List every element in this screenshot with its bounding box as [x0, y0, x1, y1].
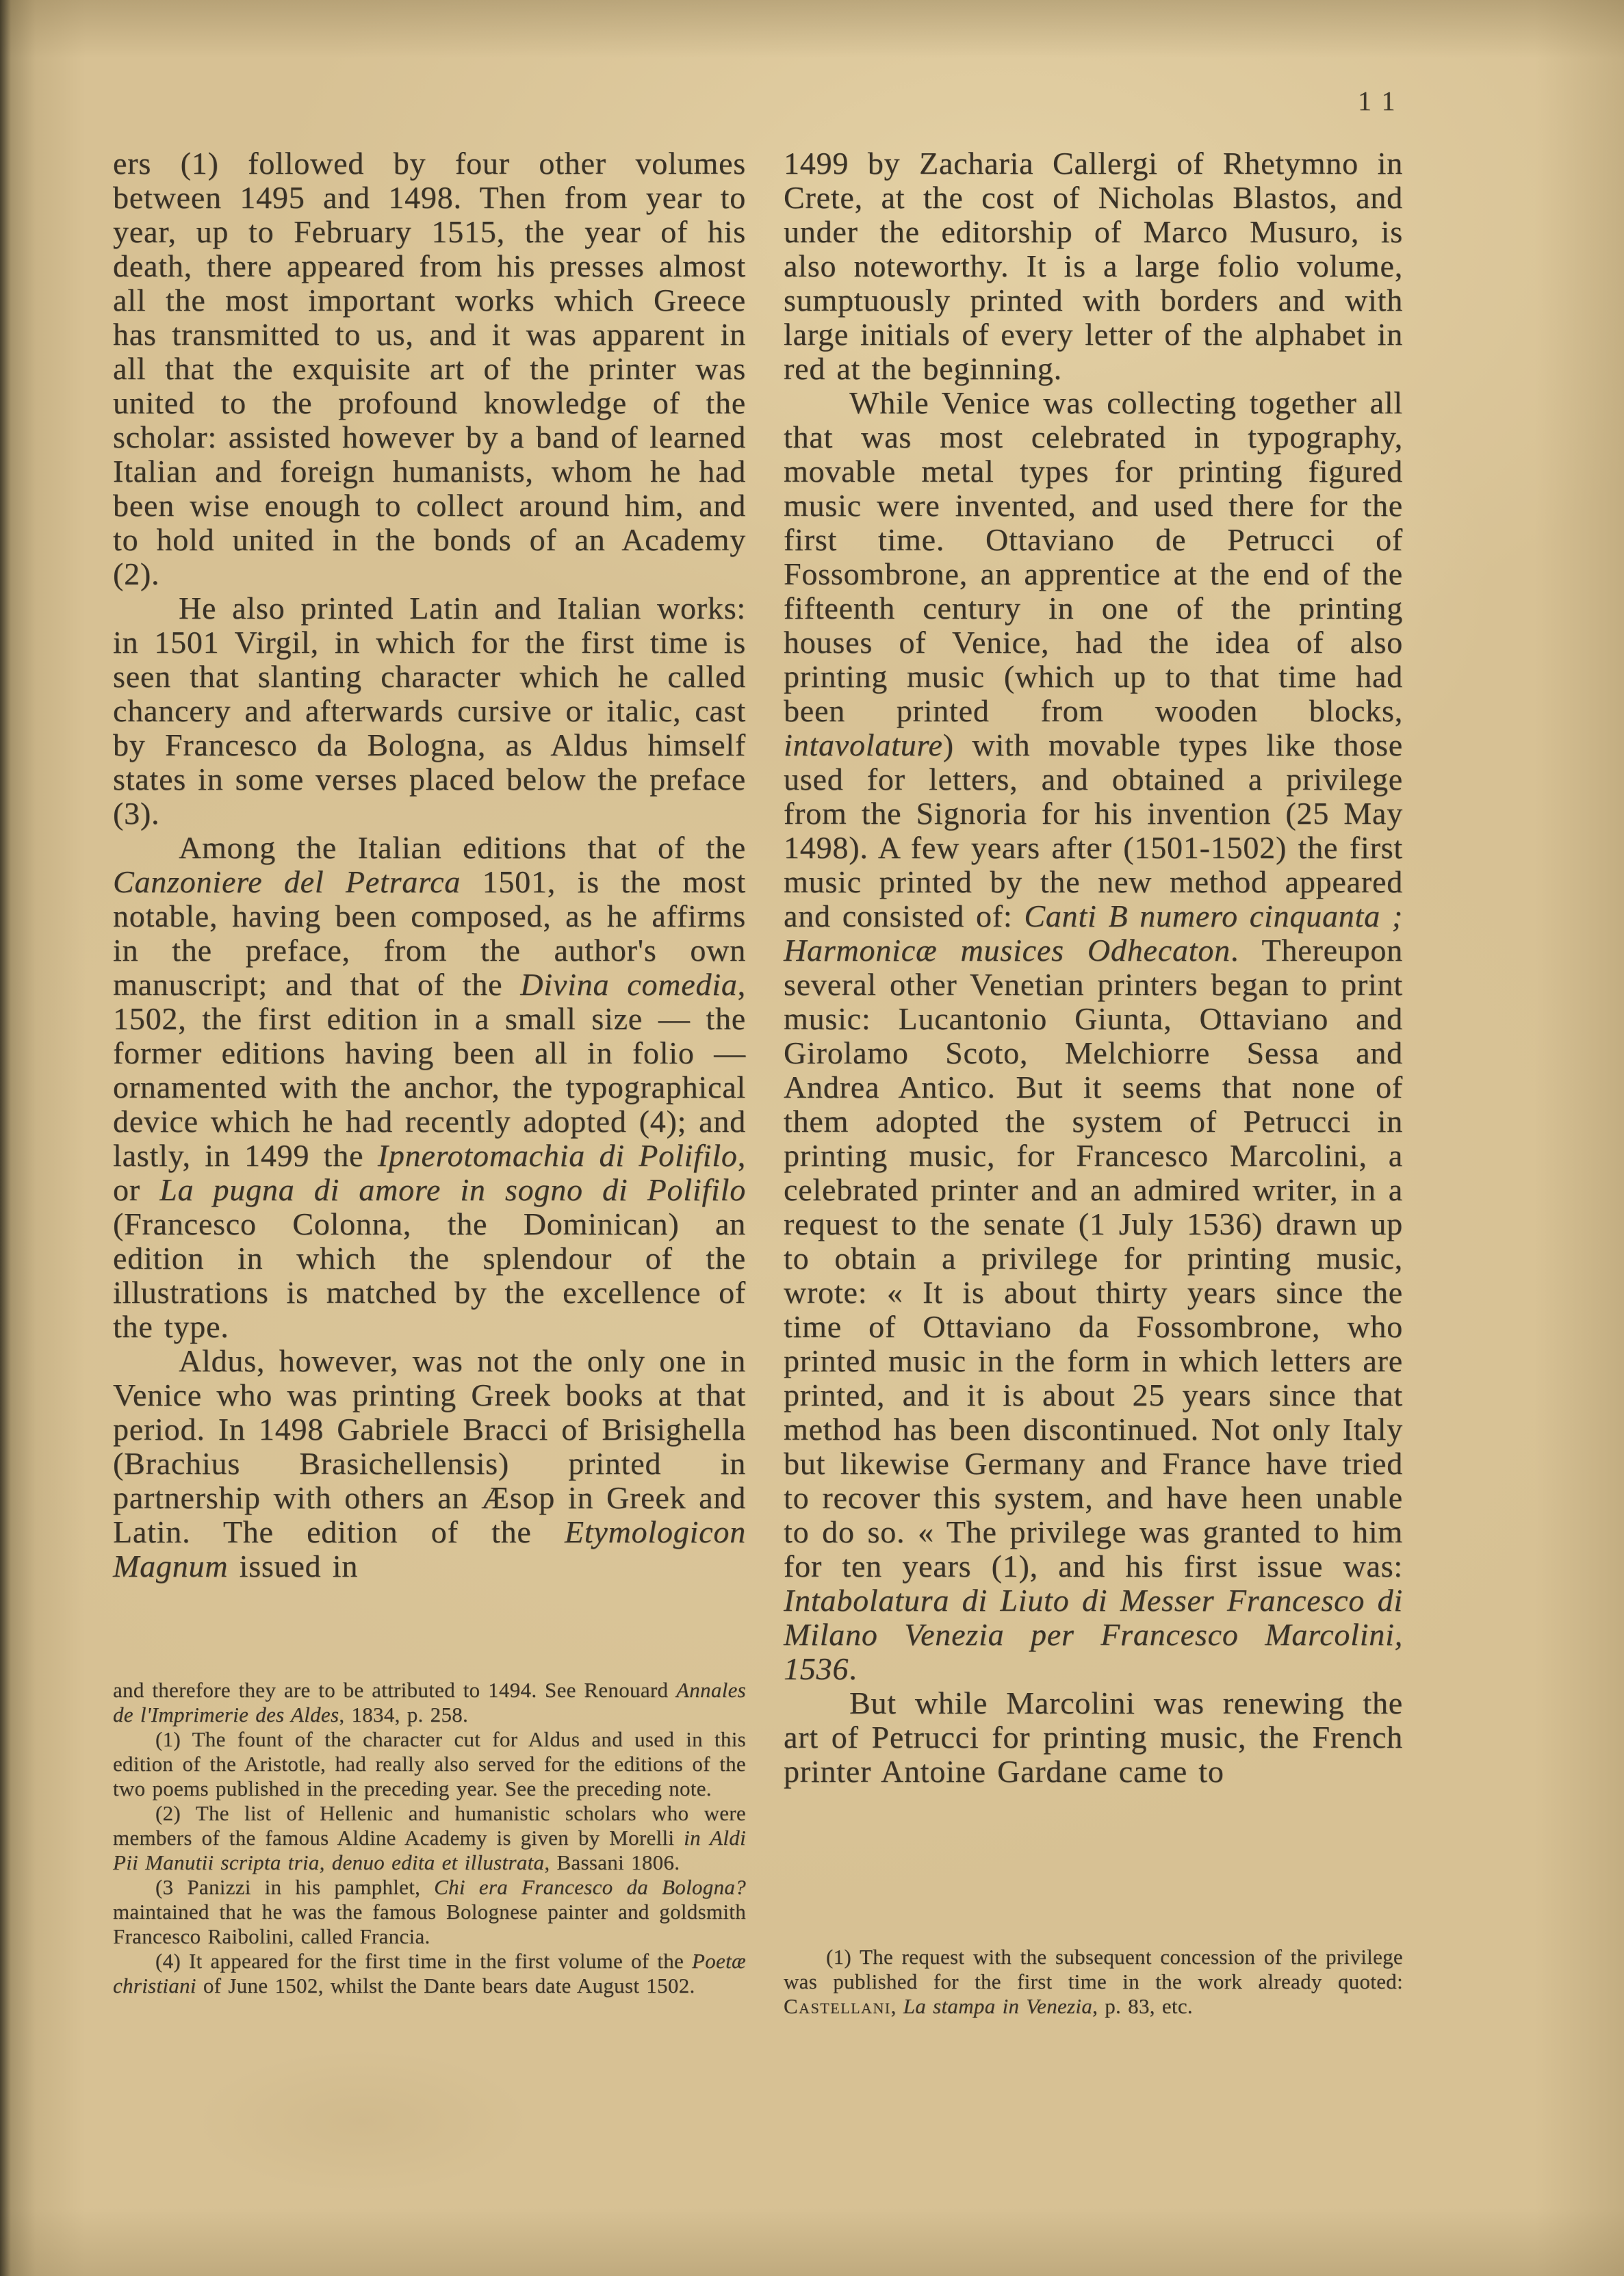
- footnote: (4) It appeared for the first time in th…: [113, 1949, 746, 1998]
- text-segment: ,: [891, 1994, 903, 2018]
- text-segment: , 1834, p. 258.: [339, 1703, 468, 1727]
- book-page: 11 ers (1) followed by four other volume…: [0, 0, 1624, 2276]
- footnote: and therefore they are to be attributed …: [113, 1678, 746, 1727]
- text-segment: While Venice was collecting together all…: [784, 385, 1403, 728]
- text-segment: He also printed Latin and Italian works:…: [113, 591, 746, 831]
- text-segment: of June 1502, whilst the Dante bears dat…: [196, 1974, 695, 1997]
- text-segment: La pugna di amore in sogno di Polifilo: [159, 1172, 746, 1207]
- text-segment: (2) The list of Hellenic and humanistic …: [113, 1801, 746, 1850]
- text-segment: intavolature: [784, 727, 943, 762]
- text-segment: maintained that he was the famous Bologn…: [113, 1900, 746, 1948]
- paragraph: He also printed Latin and Italian works:…: [113, 591, 746, 831]
- right-column: 1499 by Zacharia Callergi of Rhetymno in…: [784, 146, 1403, 1789]
- footnote: (1) The fount of the character cut for A…: [113, 1727, 746, 1801]
- text-segment: La stampa in Venezia: [903, 1994, 1092, 2018]
- left-column: ers (1) followed by four other volumes b…: [113, 146, 746, 1583]
- text-segment: Among the Italian editions that of the: [179, 830, 746, 865]
- text-segment: . Thereupon several other Venetian print…: [784, 933, 1403, 1583]
- paragraph: While Venice was collecting together all…: [784, 386, 1403, 1686]
- text-segment: , p. 83, etc.: [1092, 1994, 1193, 2018]
- text-segment: Intabolatura di Liuto di Messer Francesc…: [784, 1583, 1403, 1686]
- text-segment: 1499 by Zacharia Callergi of Rhetymno in…: [784, 146, 1403, 386]
- text-segment: Canzoniere del Petrarca: [113, 864, 461, 899]
- paragraph: ers (1) followed by four other volumes b…: [113, 146, 746, 591]
- text-segment: (4) It appeared for the first time in th…: [155, 1949, 692, 1973]
- text-segment: Ipnerotomachia di Polifilo: [378, 1138, 738, 1173]
- text-segment: Chi era Francesco da Bologna?: [434, 1875, 746, 1899]
- right-footnotes: (1) The request with the subsequent conc…: [784, 1945, 1403, 2019]
- text-segment: (3 Panizzi in his pamphlet,: [155, 1875, 434, 1899]
- text-segment: and therefore they are to be attributed …: [113, 1678, 676, 1702]
- text-segment: (Francesco Colonna, the Dominican) an ed…: [113, 1206, 746, 1344]
- paragraph: But while Marcolini was renewing the art…: [784, 1686, 1403, 1789]
- text-segment: , Bassani 1806.: [544, 1850, 680, 1874]
- footnote: (2) The list of Hellenic and humanistic …: [113, 1801, 746, 1875]
- text-segment: (1) The request with the subsequent conc…: [784, 1945, 1403, 1993]
- page-number: 11: [1358, 85, 1406, 117]
- text-segment: But while Marcolini was renewing the art…: [784, 1685, 1403, 1789]
- paper-stain: [123, 2019, 602, 2224]
- text-segment: ers (1) followed by four other volumes b…: [113, 146, 746, 591]
- footnote: (1) The request with the subsequent conc…: [784, 1945, 1403, 2019]
- paragraph: Aldus, however, was not the only one in …: [113, 1344, 746, 1583]
- text-segment: Divina comedia: [520, 967, 737, 1002]
- left-footnotes: and therefore they are to be attributed …: [113, 1678, 746, 1998]
- text-segment: Castellani: [784, 1994, 891, 2018]
- footnote: (3 Panizzi in his pamphlet, Chi era Fran…: [113, 1875, 746, 1949]
- paragraph: Among the Italian editions that of the C…: [113, 831, 746, 1344]
- text-segment: (1) The fount of the character cut for A…: [113, 1727, 746, 1800]
- text-segment: .: [849, 1651, 857, 1686]
- text-segment: issued in: [228, 1549, 358, 1583]
- paragraph: 1499 by Zacharia Callergi of Rhetymno in…: [784, 146, 1403, 386]
